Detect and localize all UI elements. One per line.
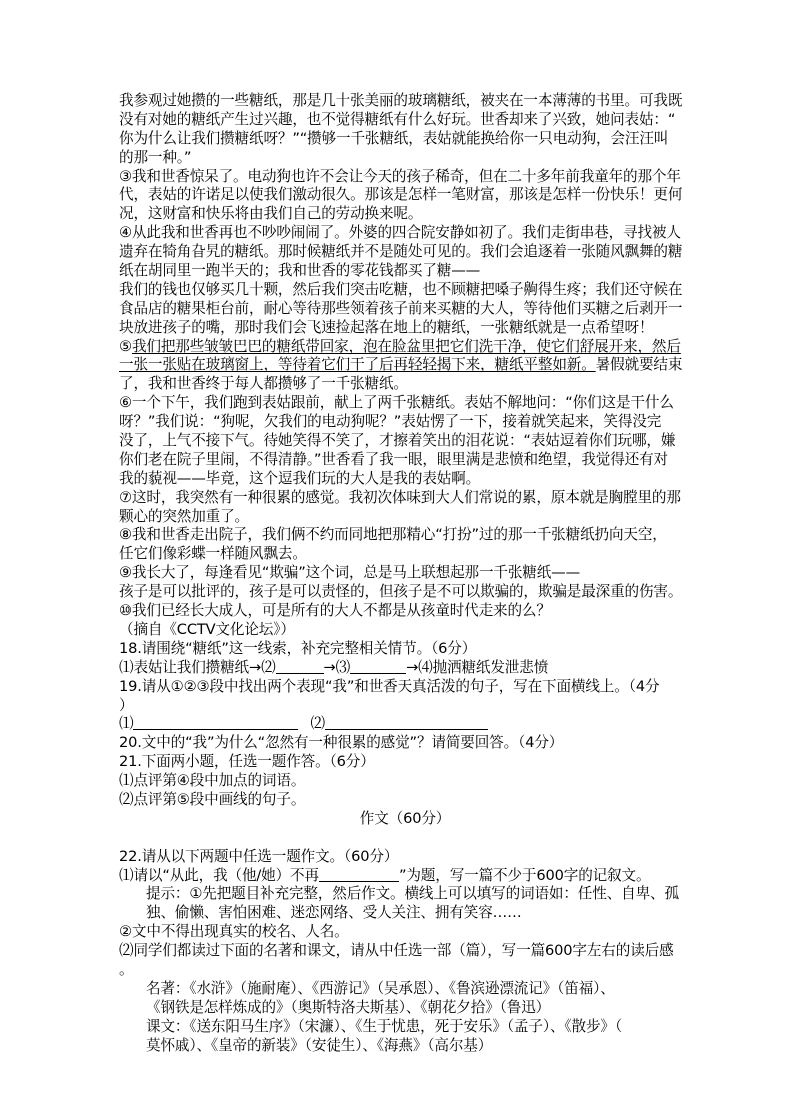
question-prompt: 18.请围绕“糖纸”这一线索，补充完整相关情节。（6分） bbox=[119, 640, 691, 659]
paragraph-7-line: ⑦这时，我突然有一种很累的感觉。我初次体味到大人们常说的累，原本就是胸膛里的那 bbox=[119, 489, 691, 508]
passage-line: 没有对她的糖纸产生过兴趣，也不觉得糖纸有什么好玩。世香却来了兴致，她问表姑：“ bbox=[119, 111, 691, 130]
reading-passage: 我参观过她攒的一些糖纸，那是几十张美丽的玻璃糖纸，被夹在一本薄薄的书里。可我既 … bbox=[119, 92, 691, 640]
paragraph-9-line: 孩子是可以批评的，孩子是可以责怪的，但孩子是不可以欺骗的，欺骗是最深重的伤害。 bbox=[119, 583, 691, 602]
paragraph-8-line: ⑧我和世香走出院子，我们俩不约而同地把那精心“打扮”过的那一千张糖纸扔向天空， bbox=[119, 526, 691, 545]
paragraph-4-line: 我们的钱也仅够买几十颗，然后我们突击吃糖，也不顾糖把嗓子齁得生疼；我们还守候在 bbox=[119, 281, 691, 300]
answer-blank-2[interactable] bbox=[325, 715, 488, 730]
exam-page: 我参观过她攒的一些糖纸，那是几十张美丽的玻璃糖纸，被夹在一本薄薄的书里。可我既 … bbox=[119, 92, 691, 1055]
spacer bbox=[119, 829, 691, 848]
paragraph-5-line: 一张一张贴在玻璃窗上，等待着它们干了后再轻轻揭下来，糖纸平整如新。暑假就要结束 bbox=[119, 356, 691, 375]
option-2: ⑵点评第⑤段中画线的句子。 bbox=[119, 791, 691, 810]
paragraph-7-line: 颗心的突然加重了。 bbox=[119, 508, 691, 527]
question-prompt: 19.请从①②③段中找出两个表现“我”和世香天真活泼的句子，写在下面横线上。（4… bbox=[119, 678, 691, 697]
arrow-3: →⑶ bbox=[324, 659, 351, 676]
question-19: 19.请从①②③段中找出两个表现“我”和世香天真活泼的句子，写在下面横线上。（4… bbox=[119, 678, 691, 735]
question-20: 20.文中的“我”为什么“忽然有一种很累的感觉”？请简要回答。（4分） bbox=[119, 734, 691, 753]
essay-option-1: ⑴请以“从此，我（他/她）不再”为题，写一篇不少于600字的记叙文。 bbox=[119, 867, 691, 886]
question-prompt: 22.请从以下两题中任选一题作文。（60分） bbox=[119, 848, 691, 867]
paragraph-6-line: ⑥一个下午，我们跑到表姑跟前，献上了两千张糖纸。表姑不解地问：“你们这是干什么 bbox=[119, 394, 691, 413]
paragraph-6-line: 呀？”我们说：“狗呢，欠我们的电动狗呢？”表姑愣了一下，接着就笑起来，笑得没完 bbox=[119, 413, 691, 432]
passage-line: 的那一种。” bbox=[119, 149, 691, 168]
paragraph-3-line: 代，表姑的许诺足以使我们激动很久。那该是怎样一笔财富，那该是怎样一份快乐！更何 bbox=[119, 186, 691, 205]
rule-2: ②文中不得出现真实的校名、人名。 bbox=[119, 923, 691, 942]
hint-line: 独、偷懒、害怕困难、迷恋网络、受人关注、拥有笑容…… bbox=[119, 904, 691, 923]
essay-option-2: ⑵同学们都读过下面的名著和课文，请从中任选一部（篇），写一篇600字左右的读后感 bbox=[119, 942, 691, 961]
question-21: 21.下面两小题，任选一题作答。（6分） ⑴点评第④段中加点的词语。 ⑵点评第⑤… bbox=[119, 753, 691, 810]
section-title: 作文（60分） bbox=[119, 810, 691, 829]
blank-label-1: ⑴ bbox=[119, 715, 133, 732]
passage-line: 你为什么让我们攒糖纸呀？”“攒够一千张糖纸，表姑就能换给你一只电动狗，会汪汪叫 bbox=[119, 130, 691, 149]
paragraph-6-line: 我的藐视——毕竟，这个逗我们玩的大人是我的表姑啊。 bbox=[119, 470, 691, 489]
book-list-line: 《钢铁是怎样炼成的》（奥斯特洛夫斯基）、《朝花夕拾》（鲁迅） bbox=[119, 999, 691, 1018]
answer-lines: ⑴⑵ bbox=[119, 715, 691, 734]
paragraph-8-line: 任它们像彩蝶一样随风飘去。 bbox=[119, 545, 691, 564]
answer-blank-3[interactable] bbox=[350, 659, 406, 674]
passage-line: 我参观过她攒的一些糖纸，那是几十张美丽的玻璃糖纸，被夹在一本薄薄的书里。可我既 bbox=[119, 92, 691, 111]
question-prompt: 21.下面两小题，任选一题作答。（6分） bbox=[119, 753, 691, 772]
question-22: 22.请从以下两题中任选一题作文。（60分） ⑴请以“从此，我（他/她）不再”为… bbox=[119, 848, 691, 1056]
plot-step-1: ⑴表姑让我们攒糖纸→⑵ bbox=[119, 659, 276, 676]
paragraph-4-line: ④从此我和世香再也不吵吵闹闹了。外婆的四合院安静如初了。我们走街串巷，寻找被人 bbox=[119, 224, 691, 243]
paragraph-3-line: ③我和世香惊呆了。电动狗也许不会让今天的孩子稀奇，但在二十多年前我童年的那个年 bbox=[119, 168, 691, 187]
title-blank[interactable] bbox=[319, 867, 399, 882]
hint-line: 提示：①先把题目补充完整，然后作文。横线上可以填写的词语如：任性、自卑、孤 bbox=[119, 885, 691, 904]
paragraph-4-line: 遗弃在犄角旮旯的糖纸。那时候糖纸并不是随处可见的。我们会追逐着一张随风飘舞的糖 bbox=[119, 243, 691, 262]
passage-text: 暑假就要结束 bbox=[596, 356, 683, 373]
paragraph-6-line: 你们老在院子里闹，不得清静。”世香看了我一眼，眼里满是悲愤和绝望，我觉得还有对 bbox=[119, 451, 691, 470]
question-prompt-tail: ） bbox=[119, 697, 691, 716]
question-18: 18.请围绕“糖纸”这一线索，补充完整相关情节。（6分） ⑴表姑让我们攒糖纸→⑵… bbox=[119, 640, 691, 678]
blank-label-2: ⑵ bbox=[310, 715, 324, 732]
book-list-line: 名著：《水浒》（施耐庵）、《西游记》（吴承恩）、《鲁滨逊漂流记》（笛福）、 bbox=[119, 980, 691, 999]
source-citation: （摘自《CCTV文化论坛》） bbox=[119, 621, 691, 640]
passage-line: 了，我和世香终于每人都攒够了一千张糖纸。 bbox=[119, 375, 691, 394]
underlined-sentence: 一张一张贴在玻璃窗上，等待着它们干了后再轻轻揭下来，糖纸平整如新。 bbox=[119, 356, 596, 373]
paragraph-4-line: 块放进孩子的嘴，那时我们会飞速捡起落在地上的糖纸，一张糖纸就是一点希望呀！ bbox=[119, 319, 691, 338]
underlined-sentence: 我们把那些皱皱巴巴的糖纸带回家，泡在脸盆里把它们洗干净，使它们舒展开来，然后 bbox=[132, 338, 681, 355]
answer-blank-2[interactable] bbox=[276, 659, 324, 674]
paragraph-10-line: ⑩我们已经长大成人，可是所有的大人不都是从孩童时代走来的么？ bbox=[119, 602, 691, 621]
paragraph-6-line: 没了，上气不接下气。待她笑得不笑了，才擦着笑出的泪花说：“表姑逗着你们玩哪，嫌 bbox=[119, 432, 691, 451]
text-list-line: 课文：《送东阳马生序》（宋濂）、《生于忧患，死于安乐》（孟子）、《散步》（ bbox=[119, 1018, 691, 1037]
option-1-end: ”为题，写一篇不少于600字的记叙文。 bbox=[399, 867, 650, 884]
paragraph-5-line: ⑤我们把那些皱皱巴巴的糖纸带回家，泡在脸盆里把它们洗干净，使它们舒展开来，然后 bbox=[119, 338, 691, 357]
option-1-start: ⑴请以“从此，我（他/她）不再 bbox=[119, 867, 319, 884]
text-list-line: 莫怀戚）、《皇帝的新装》（安徒生）、《海燕》（高尔基） bbox=[119, 1037, 691, 1056]
paragraph-4-line: 食品店的糖果柜台前，耐心等待那些领着孩子前来买糖的大人，等待他们买糖之后剥开一 bbox=[119, 300, 691, 319]
paragraph-4-line: 纸在胡同里一跑半天的；我和世香的零花钱都买了糖—— bbox=[119, 262, 691, 281]
paragraph-9-line: ⑨我长大了，每逢看见“欺骗”这个词，总是马上联想起那一千张糖纸—— bbox=[119, 564, 691, 583]
answer-blank-1[interactable] bbox=[133, 715, 298, 730]
paragraph-3-line: 况，这财富和快乐将由我们自己的劳动换来呢。 bbox=[119, 205, 691, 224]
option-1: ⑴点评第④段中加点的词语。 bbox=[119, 772, 691, 791]
plot-step-4: →⑷抛洒糖纸发泄悲愤 bbox=[406, 659, 548, 676]
essay-option-2-tail: 。 bbox=[119, 961, 691, 980]
paragraph-number: ⑤ bbox=[119, 338, 132, 355]
plot-chain: ⑴表姑让我们攒糖纸→⑵→⑶→⑷抛洒糖纸发泄悲愤 bbox=[119, 659, 691, 678]
